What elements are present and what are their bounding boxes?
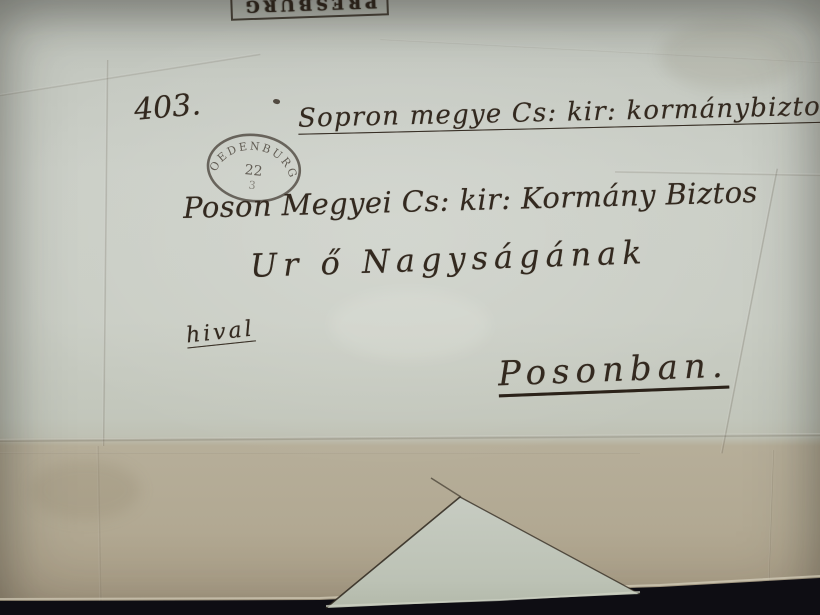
arrival-box-stamp-text: PRESBURG — [242, 0, 378, 16]
postmark-day: 22 — [244, 162, 263, 180]
fold-crease-top-right — [380, 38, 820, 63]
arrival-box-stamp: PRESBURG — [231, 0, 389, 21]
fold-crease-vertical-left — [102, 60, 109, 446]
bottom-fold-area — [0, 470, 820, 615]
fold-flap-triangle — [326, 497, 640, 608]
paper-stain-center — [330, 290, 490, 360]
fold-crease-vertical-right — [720, 168, 778, 453]
fold-crease-diagonal-top-left — [0, 53, 261, 99]
ink-speck — [272, 98, 280, 105]
destination-line: Posonban. — [497, 346, 729, 395]
sender-line: Sopron megye Cs: kir: kormánybiztosától — [298, 90, 820, 133]
paper-stain-top-right — [660, 20, 800, 90]
letter-photograph: PRESBURG OEDENBURG 22 3 403. Sopron megy… — [0, 0, 820, 615]
fold-crease-horizontal-main — [0, 433, 820, 443]
reference-number: 403. — [133, 87, 203, 128]
service-note: hival — [185, 316, 256, 348]
fold-crease-horizontal-secondary — [0, 452, 640, 454]
flap-notch-crease — [431, 478, 461, 497]
address-line-2: Ur ő Nagyságának — [249, 233, 648, 285]
